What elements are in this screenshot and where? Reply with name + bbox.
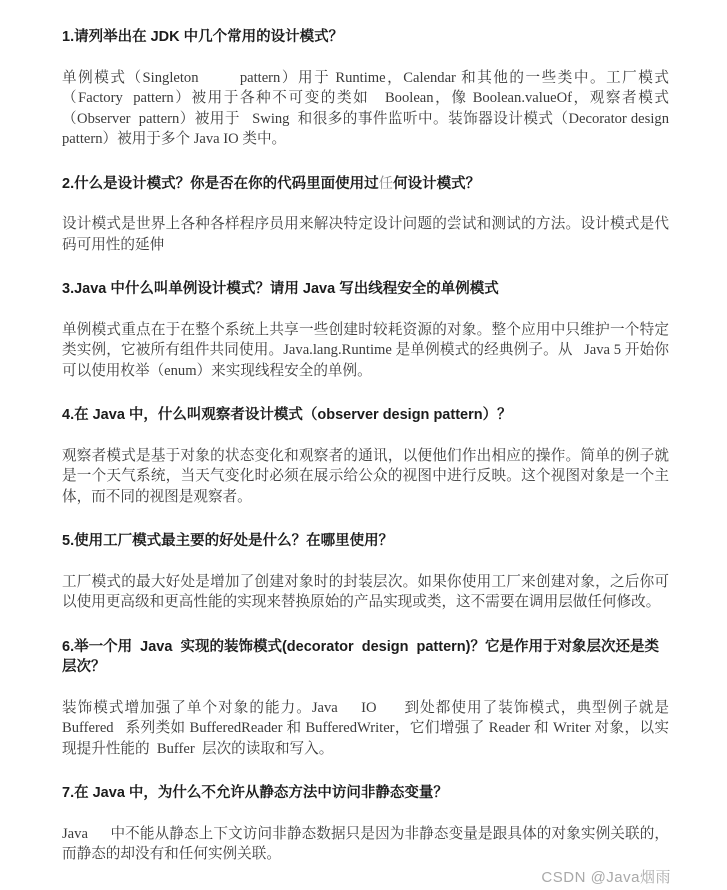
question-heading: 2.什么是设计模式？你是否在你的代码里面使用过任何设计模式？ — [62, 174, 669, 195]
answer-paragraph: 装饰模式增加强了单个对象的能力。Java IO 到处都使用了装饰模式，典型例子就… — [62, 698, 669, 760]
answer-paragraph: 设计模式是世界上各种各样程序员用来解决特定设计问题的尝试和测试的方法。设计模式是… — [62, 214, 669, 255]
question-heading: 7.在 Java 中，为什么不允许从静态方法中访问非静态变量？ — [62, 783, 669, 804]
answer-paragraph: 观察者模式是基于对象的状态变化和观察者的通讯，以便他们作出相应的操作。简单的例子… — [62, 446, 669, 508]
document-body: 1.请列举出在 JDK 中几个常用的设计模式？单例模式（Singleton pa… — [0, 0, 727, 871]
answer-paragraph: 单例模式（Singleton pattern）用于 Runtime，Calend… — [62, 68, 669, 150]
qa-item: 7.在 Java 中，为什么不允许从静态方法中访问非静态变量？Java 中不能从… — [62, 783, 669, 865]
question-heading: 3.Java 中什么叫单例设计模式？请用 Java 写出线程安全的单例模式 — [62, 279, 669, 300]
question-heading: 6.举一个用 Java 实现的装饰模式(decorator design pat… — [62, 637, 669, 678]
qa-item: 5.使用工厂模式最主要的好处是什么？在哪里使用？工厂模式的最大好处是增加了创建对… — [62, 531, 669, 613]
question-heading: 4.在 Java 中，什么叫观察者设计模式（observer design pa… — [62, 405, 669, 426]
question-heading: 1.请列举出在 JDK 中几个常用的设计模式？ — [62, 27, 669, 48]
answer-paragraph: Java 中不能从静态上下文访问非静态数据只是因为非静态变量是跟具体的对象实例关… — [62, 824, 669, 865]
question-heading: 5.使用工厂模式最主要的好处是什么？在哪里使用？ — [62, 531, 669, 552]
csdn-watermark: CSDN @Java烟雨 — [541, 866, 671, 887]
qa-item: 1.请列举出在 JDK 中几个常用的设计模式？单例模式（Singleton pa… — [62, 27, 669, 150]
question-heading-text: 2.什么是设计模式？你是否在你的代码里面使用过 — [62, 176, 379, 192]
qa-item: 3.Java 中什么叫单例设计模式？请用 Java 写出线程安全的单例模式单例模… — [62, 279, 669, 381]
answer-paragraph: 工厂模式的最大好处是增加了创建对象时的封装层次。如果你使用工厂来创建对象，之后你… — [62, 572, 669, 613]
answer-paragraph: 单例模式重点在于在整个系统上共享一些创建时较耗资源的对象。整个应用中只维护一个特… — [62, 320, 669, 382]
qa-item: 4.在 Java 中，什么叫观察者设计模式（observer design pa… — [62, 405, 669, 507]
question-heading-light-char: 任 — [379, 176, 394, 192]
question-heading-text: 何设计模式？ — [393, 176, 480, 192]
qa-item: 2.什么是设计模式？你是否在你的代码里面使用过任何设计模式？设计模式是世界上各种… — [62, 174, 669, 256]
qa-item: 6.举一个用 Java 实现的装饰模式(decorator design pat… — [62, 637, 669, 760]
